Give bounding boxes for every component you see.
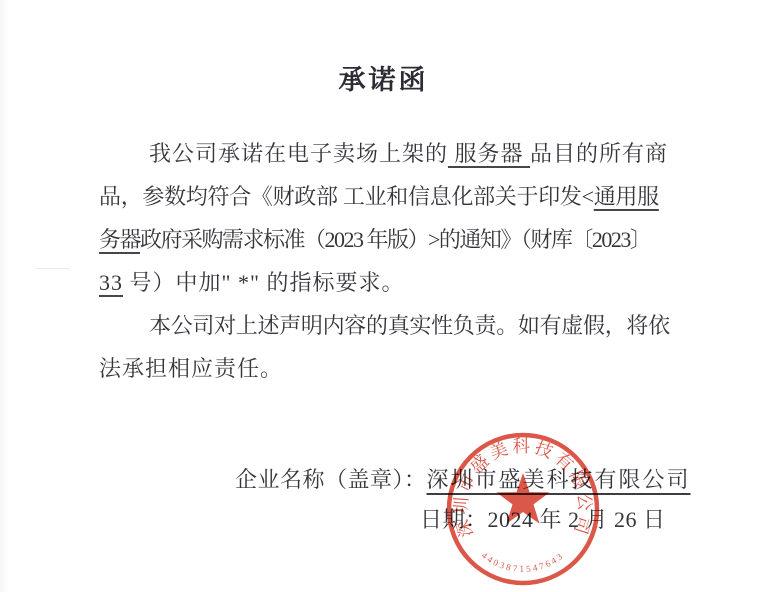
stamp-serial-number: 4403871547643 xyxy=(480,550,566,574)
underlined-text: 务器 xyxy=(99,227,140,252)
scanned-document-page: 承诺函 我公司承诺在电子卖场上架的 服务器 品目的所有商品，参数均符合《财政部 … xyxy=(0,0,767,592)
text-segment: 政府采购需求标准（2023 年版）>的通知》（财库〔2023〕 xyxy=(140,227,650,252)
stamp-star-icon xyxy=(496,473,549,524)
text-segment: 品，参数均符合《财政部 工业和信息化部关于印发< xyxy=(99,184,594,209)
company-label: 企业名称（盖章）： xyxy=(235,467,427,492)
page-title: 承诺函 xyxy=(0,58,767,97)
body-line: 本公司对上述声明内容的真实性负责。如有虚假，将依 xyxy=(99,304,674,347)
company-seal-stamp-icon: 深圳市盛美科技有限公司 4403871547643 xyxy=(443,424,608,592)
text-segment: 本公司对上述声明内容的真实性负责。如有虚假，将依 xyxy=(149,313,670,338)
body-line: 我公司承诺在电子卖场上架的 服务器 品目的所有商 xyxy=(99,132,674,175)
text-segment: 我公司承诺在电子卖场上架的 xyxy=(149,141,448,166)
body-line: 品，参数均符合《财政部 工业和信息化部关于印发<通用服 xyxy=(99,175,674,218)
text-segment: 品目的所有商 xyxy=(530,141,668,166)
underlined-text: 通用服 xyxy=(594,184,659,209)
underlined-text: 服务器 xyxy=(448,141,530,166)
scan-artifact xyxy=(36,268,70,269)
body-line: 法承担相应责任。 xyxy=(99,347,674,390)
body-text: 我公司承诺在电子卖场上架的 服务器 品目的所有商品，参数均符合《财政部 工业和信… xyxy=(99,132,674,390)
underlined-text: 33 xyxy=(99,270,123,295)
body-line: 务器政府采购需求标准（2023 年版）>的通知》（财库〔2023〕 xyxy=(99,218,674,261)
text-segment: 号）中加" *" 的指标要求。 xyxy=(123,270,404,295)
body-line: 33 号）中加" *" 的指标要求。 xyxy=(99,261,674,304)
text-segment: 法承担相应责任。 xyxy=(99,356,283,381)
